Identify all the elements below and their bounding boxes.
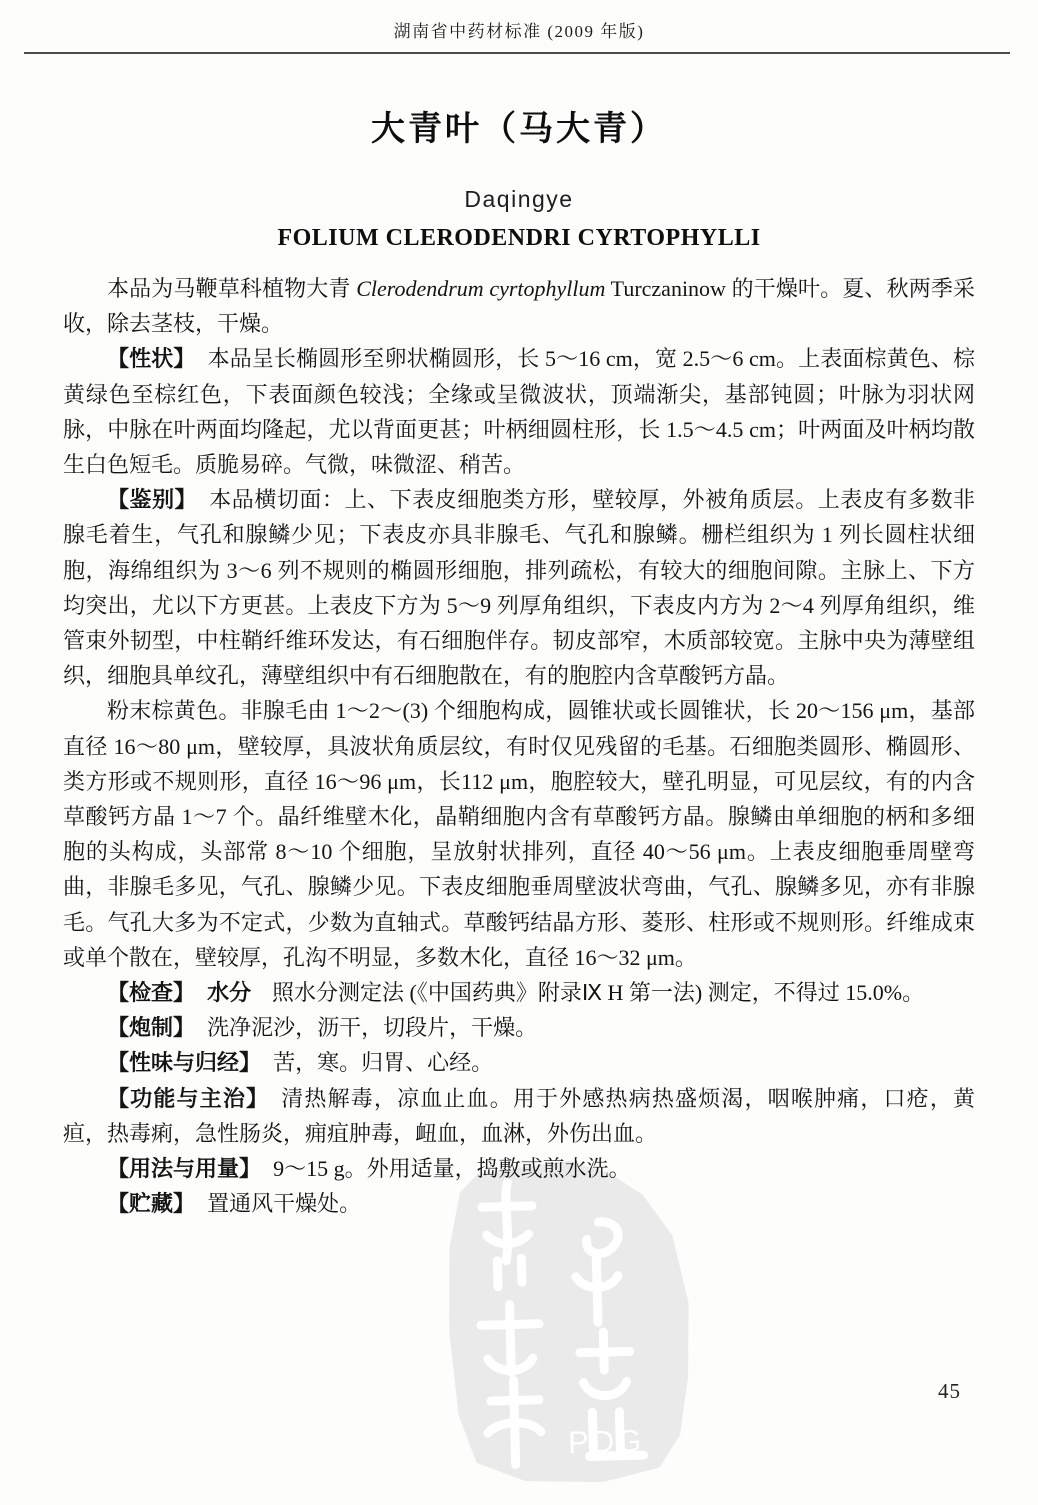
section-text: 本品呈长椭圆形至卵状椭圆形，长 5～16 cm，宽 2.5～6 cm。上表面棕黄… bbox=[63, 346, 975, 477]
section-jianbie-powder: 粉末棕黄色。非腺毛由 1～2～(3) 个细胞构成，圆锥状或长圆锥状，长 20～1… bbox=[63, 693, 975, 975]
intro-paragraph: 本品为马鞭草科植物大青 Clerodendrum cyrtophyllum Tu… bbox=[63, 271, 975, 341]
intro-text-pre: 本品为马鞭草科植物大青 bbox=[107, 276, 356, 301]
page-number: 45 bbox=[938, 1379, 961, 1404]
latin-title: FOLIUM CLERODENDRI CYRTOPHYLLI bbox=[0, 225, 1038, 252]
section-jianbie: 【鉴别】本品横切面：上、下表皮细胞类方形，壁较厚，外被角质层。上表皮有多数非腺毛… bbox=[63, 482, 975, 693]
section-text: 苦，寒。归胃、心经。 bbox=[273, 1050, 493, 1075]
section-text: 洗净泥沙，沥干，切段片，干燥。 bbox=[207, 1015, 537, 1040]
running-header: 湖南省中药材标准 (2009 年版) bbox=[0, 17, 1038, 42]
section-paozhi: 【炮制】洗净泥沙，沥干，切段片，干燥。 bbox=[63, 1010, 975, 1045]
section-label: 【贮藏】 bbox=[107, 1191, 195, 1216]
section-text: 本品横切面：上、下表皮细胞类方形，壁较厚，外被角质层。上表皮有多数非腺毛着生，气… bbox=[63, 487, 975, 688]
monograph-body: 本品为马鞭草科植物大青 Clerodendrum cyrtophyllum Tu… bbox=[63, 271, 975, 1221]
section-label: 【性状】 bbox=[107, 346, 195, 371]
section-label: 【性味与归经】 bbox=[107, 1050, 261, 1075]
section-yongfa-yongliang: 【用法与用量】9～15 g。外用适量，捣敷或煎水洗。 bbox=[63, 1151, 975, 1186]
section-text: 9～15 g。外用适量，捣敷或煎水洗。 bbox=[273, 1156, 631, 1181]
section-label: 【鉴别】 bbox=[107, 487, 197, 512]
header-divider bbox=[24, 52, 1010, 54]
pinyin-title: Daqingye bbox=[0, 186, 1038, 213]
section-label: 【功能与主治】 bbox=[107, 1086, 269, 1111]
section-label: 【检查】 bbox=[107, 980, 195, 1005]
section-xingwei-guijing: 【性味与归经】苦，寒。归胃、心经。 bbox=[63, 1045, 975, 1080]
section-label: 【用法与用量】 bbox=[107, 1156, 261, 1181]
page-title: 大青叶（马大青） bbox=[0, 101, 1038, 150]
intro-latin-binomial: Clerodendrum cyrtophyllum bbox=[356, 276, 605, 301]
section-zhucang: 【贮藏】置通风干燥处。 bbox=[63, 1186, 975, 1221]
document-page: 湖南省中药材标准 (2009 年版) 大青叶（马大青） Daqingye FOL… bbox=[0, 0, 1038, 1505]
section-label: 【炮制】 bbox=[107, 1015, 195, 1040]
section-xingzhuang: 【性状】本品呈长椭圆形至卵状椭圆形，长 5～16 cm，宽 2.5～6 cm。上… bbox=[63, 341, 975, 482]
section-sublabel: 水分 bbox=[207, 980, 251, 1005]
section-text: 照水分测定法 (《中国药典》附录Ⅸ H 第一法) 测定，不得过 15.0%。 bbox=[272, 980, 924, 1005]
section-text: 置通风干燥处。 bbox=[207, 1191, 361, 1216]
watermark-pdg-label: PDG bbox=[568, 1423, 645, 1461]
section-gongneng-zhuzhi: 【功能与主治】清热解毒，凉血止血。用于外感热病热盛烦渴，咽喉肿痛，口疮，黄疸，热… bbox=[63, 1081, 975, 1151]
section-jiancha: 【检查】水分照水分测定法 (《中国药典》附录Ⅸ H 第一法) 测定，不得过 15… bbox=[63, 975, 975, 1010]
section-text: 粉末棕黄色。非腺毛由 1～2～(3) 个细胞构成，圆锥状或长圆锥状，长 20～1… bbox=[63, 698, 975, 969]
